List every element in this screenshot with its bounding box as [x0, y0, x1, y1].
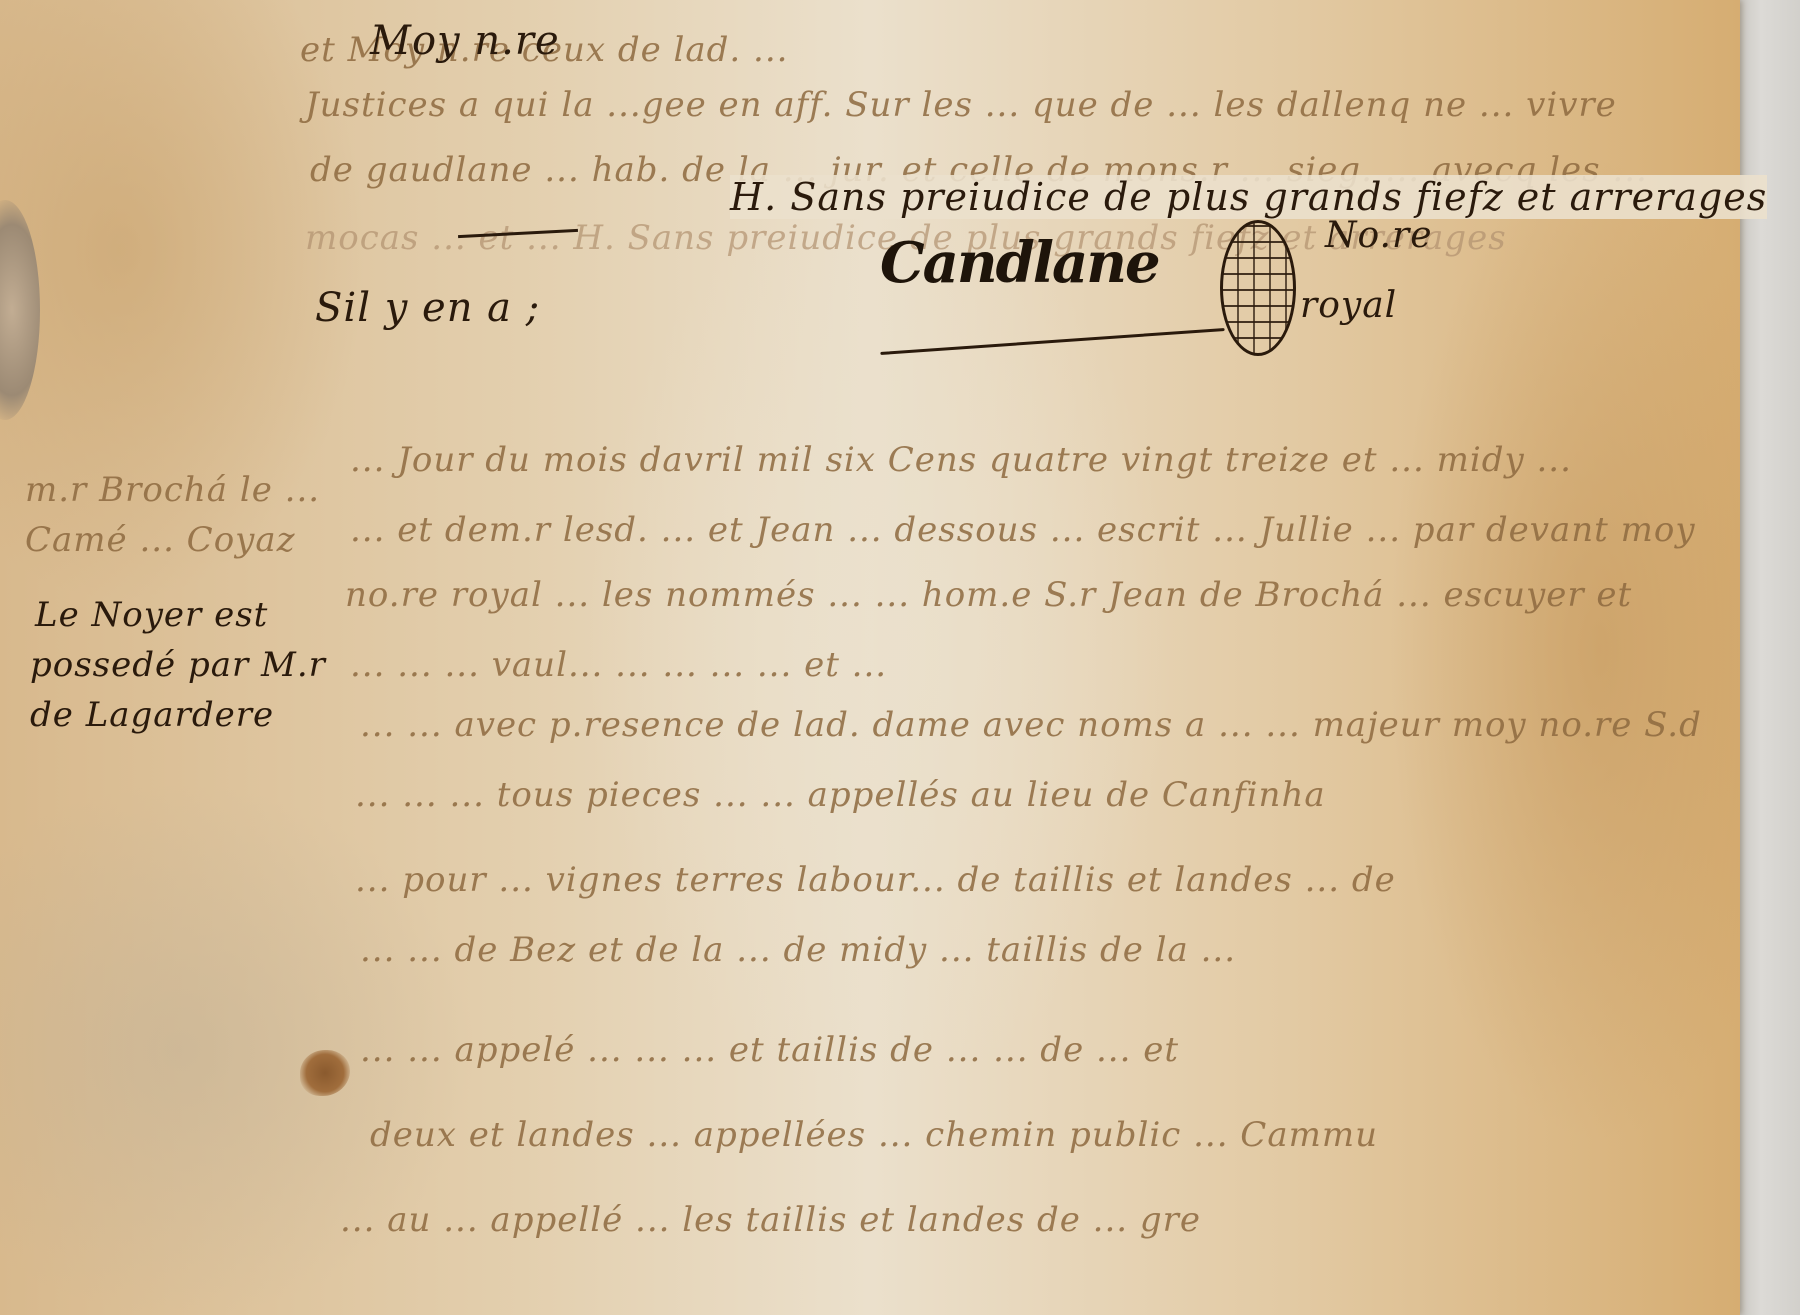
signature-underline [880, 328, 1224, 355]
margin-note-2-line-1: Le Noyer est [35, 595, 268, 635]
body-line-1: ... Jour du mois davril mil six Cens qua… [350, 440, 1572, 480]
torn-edge [0, 200, 40, 420]
body-line-10: deux et landes ... appellées ... chemin … [370, 1115, 1378, 1155]
interlinear-moy-notaire: Moy n.re [370, 18, 560, 64]
margin-note-2-line-3: de Lagardere [30, 695, 274, 735]
addition-sil-y-en-a: Sil y en a ; [315, 285, 540, 331]
body-line-5: ... ... avec p.resence de lad. dame avec… [360, 705, 1702, 745]
upper-line-2: Justices a qui la ...gee en aff. Sur les… [305, 85, 1617, 125]
margin-note-2-line-2: possedé par M.r [30, 645, 326, 685]
margin-note-1-line-2: Camé ... Coyaz [25, 520, 296, 560]
body-line-9: ... ... appelé ... ... ... et taillis de… [360, 1030, 1179, 1070]
body-line-7: ... pour ... vignes terres labour... de … [355, 860, 1396, 900]
body-line-3: no.re royal ... les nommés ... ... hom.e… [345, 575, 1632, 615]
body-line-4: ... ... ... vaul... ... ... ... ... et .… [350, 645, 887, 685]
body-line-8: ... ... de Bez et de la ... de midy ... … [360, 930, 1236, 970]
body-line-11: ... au ... appellé ... les taillis et la… [340, 1200, 1201, 1240]
manuscript-page: et Moy n.re ceux de lad. ... Moy n.re Ju… [0, 0, 1740, 1315]
signature-title-royal: royal [1300, 285, 1397, 326]
addition-sans-prejudice: H. Sans preiudice de plus grands fiefz e… [730, 175, 1767, 219]
body-line-2: ... et dem.r lesd. ... et Jean ... desso… [350, 510, 1696, 550]
notary-signature: Candlane [880, 230, 1159, 296]
body-line-6: ... ... ... tous pieces ... ... appellés… [355, 775, 1326, 815]
signature-title-notaire: No.re [1325, 215, 1433, 256]
ink-stain [300, 1050, 350, 1096]
margin-note-1-line-1: m.r Brochá le ... [25, 470, 320, 510]
signature-paraphe-flourish [1220, 220, 1296, 356]
